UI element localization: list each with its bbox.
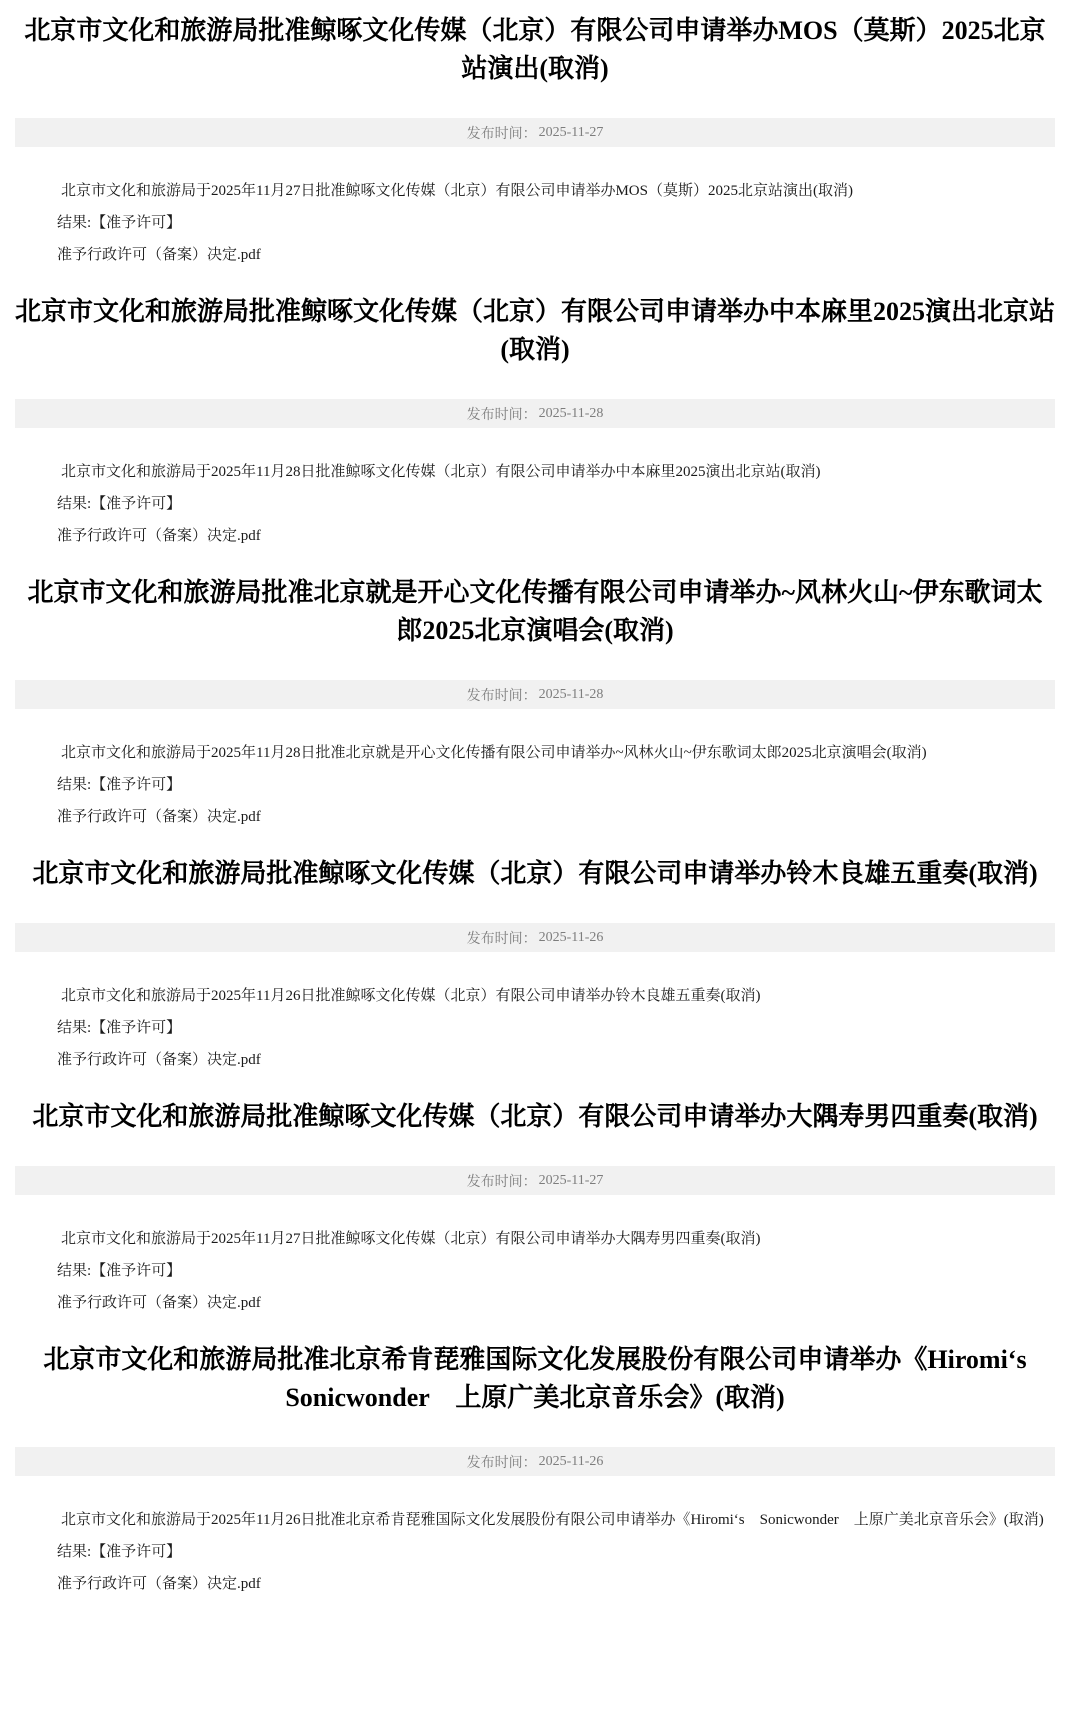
publish-date: 2025-11-28 [539,687,604,703]
publish-date-bar: 发布时间：2025-11-26 [15,1447,1055,1476]
article-body: 北京市文化和旅游局于2025年11月28日批准北京就是开心文化传播有限公司申请举… [0,709,1070,827]
pdf-attachment-link[interactable]: 准予行政许可（备案）决定.pdf [57,809,261,825]
publish-date-bar: 发布时间：2025-11-28 [15,680,1055,709]
article-description: 北京市文化和旅游局于2025年11月28日批准鲸啄文化传媒（北京）有限公司申请举… [57,462,1060,482]
article-description: 北京市文化和旅游局于2025年11月26日批准鲸啄文化传媒（北京）有限公司申请举… [57,986,1060,1006]
notice-article: 北京市文化和旅游局批准北京就是开心文化传播有限公司申请举办~风林火山~伊东歌词太… [0,574,1070,827]
publish-label: 发布时间： [467,928,537,948]
publish-date-bar: 发布时间：2025-11-27 [15,118,1055,147]
article-body: 北京市文化和旅游局于2025年11月26日批准北京希肯琵雅国际文化发展股份有限公… [0,1476,1070,1594]
article-title: 北京市文化和旅游局批准鲸啄文化传媒（北京）有限公司申请举办铃木良雄五重奏(取消) [15,855,1055,893]
publish-date-bar: 发布时间：2025-11-26 [15,923,1055,952]
result-line: 结果:【准予许可】 [57,494,1060,514]
publish-label: 发布时间： [467,404,537,424]
article-description: 北京市文化和旅游局于2025年11月26日批准北京希肯琵雅国际文化发展股份有限公… [57,1510,1060,1530]
notice-article: 北京市文化和旅游局批准北京希肯琵雅国际文化发展股份有限公司申请举办《Hiromi… [0,1341,1070,1594]
publish-date: 2025-11-26 [539,930,604,946]
pdf-attachment-link[interactable]: 准予行政许可（备案）决定.pdf [57,1576,261,1592]
result-line: 结果:【准予许可】 [57,213,1060,233]
result-line: 结果:【准予许可】 [57,775,1060,795]
publish-label: 发布时间： [467,685,537,705]
pdf-attachment-link[interactable]: 准予行政许可（备案）决定.pdf [57,247,261,263]
publish-label: 发布时间： [467,1452,537,1472]
article-description: 北京市文化和旅游局于2025年11月28日批准北京就是开心文化传播有限公司申请举… [57,743,1060,763]
article-title: 北京市文化和旅游局批准北京希肯琵雅国际文化发展股份有限公司申请举办《Hiromi… [15,1341,1055,1417]
article-title: 北京市文化和旅游局批准鲸啄文化传媒（北京）有限公司申请举办中本麻里2025演出北… [15,293,1055,369]
notice-article: 北京市文化和旅游局批准鲸啄文化传媒（北京）有限公司申请举办大隅寿男四重奏(取消)… [0,1098,1070,1313]
article-body: 北京市文化和旅游局于2025年11月27日批准鲸啄文化传媒（北京）有限公司申请举… [0,1195,1070,1313]
pdf-attachment-link[interactable]: 准予行政许可（备案）决定.pdf [57,1295,261,1311]
result-line: 结果:【准予许可】 [57,1261,1060,1281]
publish-date: 2025-11-27 [539,125,604,141]
article-title: 北京市文化和旅游局批准北京就是开心文化传播有限公司申请举办~风林火山~伊东歌词太… [15,574,1055,650]
publish-date-bar: 发布时间：2025-11-27 [15,1166,1055,1195]
article-title: 北京市文化和旅游局批准鲸啄文化传媒（北京）有限公司申请举办MOS（莫斯）2025… [15,12,1055,88]
result-line: 结果:【准予许可】 [57,1542,1060,1562]
publish-date: 2025-11-27 [539,1173,604,1189]
notice-article: 北京市文化和旅游局批准鲸啄文化传媒（北京）有限公司申请举办铃木良雄五重奏(取消)… [0,855,1070,1070]
article-body: 北京市文化和旅游局于2025年11月26日批准鲸啄文化传媒（北京）有限公司申请举… [0,952,1070,1070]
publish-date: 2025-11-28 [539,406,604,422]
publish-date: 2025-11-26 [539,1454,604,1470]
article-description: 北京市文化和旅游局于2025年11月27日批准鲸啄文化传媒（北京）有限公司申请举… [57,1229,1060,1249]
publish-date-bar: 发布时间：2025-11-28 [15,399,1055,428]
article-body: 北京市文化和旅游局于2025年11月28日批准鲸啄文化传媒（北京）有限公司申请举… [0,428,1070,546]
article-body: 北京市文化和旅游局于2025年11月27日批准鲸啄文化传媒（北京）有限公司申请举… [0,147,1070,265]
article-title: 北京市文化和旅游局批准鲸啄文化传媒（北京）有限公司申请举办大隅寿男四重奏(取消) [15,1098,1055,1136]
result-line: 结果:【准予许可】 [57,1018,1060,1038]
announcement-page: { "page": { "background_color": "#ffffff… [0,0,1070,1594]
notice-article: 北京市文化和旅游局批准鲸啄文化传媒（北京）有限公司申请举办中本麻里2025演出北… [0,293,1070,546]
publish-label: 发布时间： [467,123,537,143]
article-description: 北京市文化和旅游局于2025年11月27日批准鲸啄文化传媒（北京）有限公司申请举… [57,181,1060,201]
notice-article: 北京市文化和旅游局批准鲸啄文化传媒（北京）有限公司申请举办MOS（莫斯）2025… [0,12,1070,265]
publish-label: 发布时间： [467,1171,537,1191]
pdf-attachment-link[interactable]: 准予行政许可（备案）决定.pdf [57,1052,261,1068]
pdf-attachment-link[interactable]: 准予行政许可（备案）决定.pdf [57,528,261,544]
